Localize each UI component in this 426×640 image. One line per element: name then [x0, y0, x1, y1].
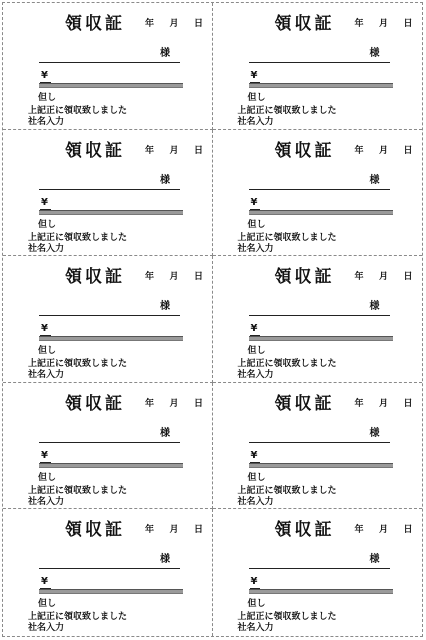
proviso-label: 但し: [38, 596, 56, 609]
addressee-field[interactable]: 様: [39, 45, 180, 63]
day-label: 日: [403, 522, 412, 535]
receipt-form: 領収証 年 月 日 様 ¥ 但し 上記正に領収致しました 社名入力: [213, 509, 423, 636]
receipt-title: 領収証: [65, 9, 125, 34]
company-name-field[interactable]: 社名入力: [238, 623, 274, 634]
amount-field[interactable]: [249, 463, 393, 468]
amount-field[interactable]: [39, 589, 183, 594]
received-statement: 上記正に領収致しました: [238, 612, 337, 623]
month-label: 月: [169, 16, 178, 29]
received-statement: 上記正に領収致しました: [28, 233, 127, 244]
company-name-field[interactable]: 社名入力: [238, 370, 274, 381]
proviso-label: 但し: [248, 343, 266, 356]
year-label: 年: [145, 269, 154, 282]
addressee-field[interactable]: 様: [249, 45, 390, 63]
proviso-label: 但し: [248, 90, 266, 103]
receipt-form: 領収証 年 月 日 様 ¥ 但し 上記正に領収致しました 社名入力: [3, 509, 213, 636]
currency-symbol: ¥: [250, 70, 261, 83]
addressee-field[interactable]: 様: [249, 172, 390, 190]
year-label: 年: [145, 522, 154, 535]
year-label: 年: [355, 396, 364, 409]
proviso-label: 但し: [38, 217, 56, 230]
addressee-suffix-label: 様: [160, 301, 170, 312]
month-label: 月: [169, 269, 178, 282]
receipt-title: 領収証: [275, 136, 335, 161]
year-label: 年: [355, 269, 364, 282]
received-statement: 上記正に領収致しました: [28, 612, 127, 623]
receipt-title: 領収証: [275, 515, 335, 540]
amount-field[interactable]: [39, 336, 183, 341]
day-label: 日: [194, 522, 203, 535]
year-label: 年: [355, 16, 364, 29]
addressee-field[interactable]: 様: [39, 551, 180, 569]
addressee-suffix-label: 様: [370, 428, 380, 439]
month-label: 月: [379, 396, 388, 409]
proviso-label: 但し: [248, 596, 266, 609]
receipt-title: 領収証: [65, 136, 125, 161]
currency-symbol: ¥: [250, 323, 261, 336]
day-label: 日: [403, 269, 412, 282]
year-label: 年: [355, 522, 364, 535]
month-label: 月: [169, 396, 178, 409]
year-label: 年: [355, 143, 364, 156]
addressee-field[interactable]: 様: [39, 172, 180, 190]
receipt-form: 領収証 年 月 日 様 ¥ 但し 上記正に領収致しました 社名入力: [3, 383, 213, 510]
day-label: 日: [403, 16, 412, 29]
proviso-label: 但し: [38, 470, 56, 483]
company-name-field[interactable]: 社名入力: [28, 370, 64, 381]
received-statement: 上記正に領収致しました: [238, 486, 337, 497]
year-label: 年: [145, 396, 154, 409]
currency-symbol: ¥: [250, 197, 261, 210]
currency-symbol: ¥: [250, 576, 261, 589]
currency-symbol: ¥: [40, 576, 51, 589]
amount-field[interactable]: [39, 463, 183, 468]
month-label: 月: [169, 522, 178, 535]
addressee-suffix-label: 様: [160, 175, 170, 186]
company-name-field[interactable]: 社名入力: [238, 497, 274, 508]
addressee-field[interactable]: 様: [249, 298, 390, 316]
received-statement: 上記正に領収致しました: [238, 233, 337, 244]
currency-symbol: ¥: [40, 450, 51, 463]
proviso-label: 但し: [38, 343, 56, 356]
received-statement: 上記正に領収致しました: [28, 359, 127, 370]
proviso-label: 但し: [248, 470, 266, 483]
receipt-title: 領収証: [65, 262, 125, 287]
company-name-field[interactable]: 社名入力: [28, 497, 64, 508]
day-label: 日: [403, 143, 412, 156]
month-label: 月: [379, 16, 388, 29]
receipt-title: 領収証: [275, 9, 335, 34]
date-row: 年 月 日: [355, 269, 413, 282]
receipt-title: 領収証: [275, 262, 335, 287]
company-name-field[interactable]: 社名入力: [238, 117, 274, 128]
amount-field[interactable]: [39, 210, 183, 215]
addressee-field[interactable]: 様: [249, 425, 390, 443]
received-statement: 上記正に領収致しました: [238, 359, 337, 370]
amount-field[interactable]: [249, 83, 393, 88]
year-label: 年: [145, 16, 154, 29]
date-row: 年 月 日: [145, 396, 203, 409]
date-row: 年 月 日: [145, 269, 203, 282]
proviso-label: 但し: [248, 217, 266, 230]
month-label: 月: [169, 143, 178, 156]
addressee-field[interactable]: 様: [39, 425, 180, 443]
date-row: 年 月 日: [355, 16, 413, 29]
company-name-field[interactable]: 社名入力: [28, 244, 64, 255]
received-statement: 上記正に領収致しました: [238, 106, 337, 117]
day-label: 日: [194, 396, 203, 409]
month-label: 月: [379, 269, 388, 282]
receipt-form: 領収証 年 月 日 様 ¥ 但し 上記正に領収致しました 社名入力: [213, 383, 423, 510]
currency-symbol: ¥: [40, 70, 51, 83]
receipt-sheet: 領収証 年 月 日 様 ¥ 但し 上記正に領収致しました 社名入力 領収証 年 …: [2, 2, 423, 637]
receipt-form: 領収証 年 月 日 様 ¥ 但し 上記正に領収致しました 社名入力: [3, 3, 213, 130]
receipt-title: 領収証: [275, 389, 335, 414]
amount-field[interactable]: [249, 589, 393, 594]
month-label: 月: [379, 522, 388, 535]
day-label: 日: [403, 396, 412, 409]
receipt-form: 領収証 年 月 日 様 ¥ 但し 上記正に領収致しました 社名入力: [3, 130, 213, 257]
date-row: 年 月 日: [355, 522, 413, 535]
receipt-title: 領収証: [65, 389, 125, 414]
addressee-suffix-label: 様: [370, 175, 380, 186]
addressee-suffix-label: 様: [160, 48, 170, 59]
currency-symbol: ¥: [40, 197, 51, 210]
date-row: 年 月 日: [355, 143, 413, 156]
receipt-template-page: 領収証 年 月 日 様 ¥ 但し 上記正に領収致しました 社名入力 領収証 年 …: [0, 0, 426, 640]
addressee-suffix-label: 様: [370, 301, 380, 312]
received-statement: 上記正に領収致しました: [28, 106, 127, 117]
receipt-title: 領収証: [65, 515, 125, 540]
company-name-field[interactable]: 社名入力: [28, 117, 64, 128]
year-label: 年: [145, 143, 154, 156]
addressee-suffix-label: 様: [160, 428, 170, 439]
addressee-field[interactable]: 様: [39, 298, 180, 316]
day-label: 日: [194, 16, 203, 29]
date-row: 年 月 日: [145, 143, 203, 156]
addressee-suffix-label: 様: [370, 48, 380, 59]
proviso-label: 但し: [38, 90, 56, 103]
addressee-suffix-label: 様: [160, 554, 170, 565]
company-name-field[interactable]: 社名入力: [238, 244, 274, 255]
day-label: 日: [194, 143, 203, 156]
receipt-form: 領収証 年 月 日 様 ¥ 但し 上記正に領収致しました 社名入力: [3, 256, 213, 383]
received-statement: 上記正に領収致しました: [28, 486, 127, 497]
amount-field[interactable]: [39, 83, 183, 88]
amount-field[interactable]: [249, 336, 393, 341]
currency-symbol: ¥: [250, 450, 261, 463]
amount-field[interactable]: [249, 210, 393, 215]
addressee-suffix-label: 様: [370, 554, 380, 565]
addressee-field[interactable]: 様: [249, 551, 390, 569]
currency-symbol: ¥: [40, 323, 51, 336]
receipt-form: 領収証 年 月 日 様 ¥ 但し 上記正に領収致しました 社名入力: [213, 130, 423, 257]
day-label: 日: [194, 269, 203, 282]
date-row: 年 月 日: [145, 522, 203, 535]
date-row: 年 月 日: [145, 16, 203, 29]
company-name-field[interactable]: 社名入力: [28, 623, 64, 634]
receipt-form: 領収証 年 月 日 様 ¥ 但し 上記正に領収致しました 社名入力: [213, 3, 423, 130]
month-label: 月: [379, 143, 388, 156]
date-row: 年 月 日: [355, 396, 413, 409]
receipt-form: 領収証 年 月 日 様 ¥ 但し 上記正に領収致しました 社名入力: [213, 256, 423, 383]
